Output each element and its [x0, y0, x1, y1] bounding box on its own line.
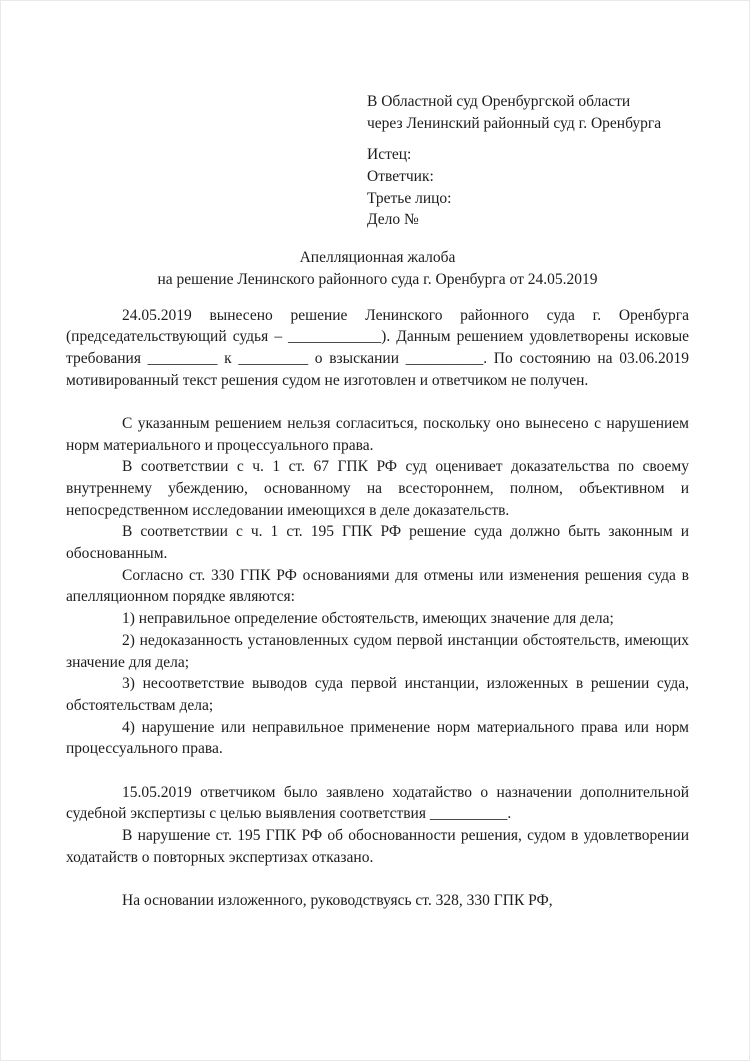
- paragraph: В нарушение ст. 195 ГПК РФ об обоснованн…: [66, 825, 689, 868]
- list-item: 3) несоответствие выводов суда первой ин…: [66, 673, 689, 716]
- document-title: Апелляционная жалоба: [66, 247, 689, 269]
- document-page: В Областной суд Оренбургской области чер…: [0, 0, 750, 1061]
- court-line: через Ленинский районный суд г. Оренбург…: [367, 113, 689, 135]
- party-line-third-party: Третье лицо:: [367, 188, 689, 210]
- party-line-plaintiff: Истец:: [367, 144, 689, 166]
- party-line-defendant: Ответчик:: [367, 166, 689, 188]
- list-item: 1) неправильное определение обстоятельст…: [66, 608, 689, 630]
- list-item: 2) недоказанность установленных судом пе…: [66, 630, 689, 673]
- paragraph: 24.05.2019 вынесено решение Ленинского р…: [66, 305, 689, 392]
- case-number-line: Дело №: [367, 209, 689, 231]
- court-address-block: В Областной суд Оренбургской области чер…: [367, 91, 689, 231]
- parties-block: Истец: Ответчик: Третье лицо: Дело №: [367, 144, 689, 231]
- court-line: В Областной суд Оренбургской области: [367, 91, 689, 113]
- paragraph: В соответствии с ч. 1 ст. 195 ГПК РФ реш…: [66, 521, 689, 564]
- list-item: 4) нарушение или неправильное применение…: [66, 717, 689, 760]
- paragraph: С указанным решением нельзя согласиться,…: [66, 413, 689, 456]
- document-body: 24.05.2019 вынесено решение Ленинского р…: [66, 305, 689, 912]
- document-title-block: Апелляционная жалоба на решение Ленинско…: [66, 247, 689, 290]
- paragraph: Согласно ст. 330 ГПК РФ основаниями для …: [66, 565, 689, 608]
- paragraph: В соответствии с ч. 1 ст. 67 ГПК РФ суд …: [66, 456, 689, 521]
- document-subtitle: на решение Ленинского районного суда г. …: [66, 269, 689, 291]
- paragraph: 15.05.2019 ответчиком было заявлено хода…: [66, 782, 689, 825]
- paragraph: На основании изложенного, руководствуясь…: [66, 890, 689, 912]
